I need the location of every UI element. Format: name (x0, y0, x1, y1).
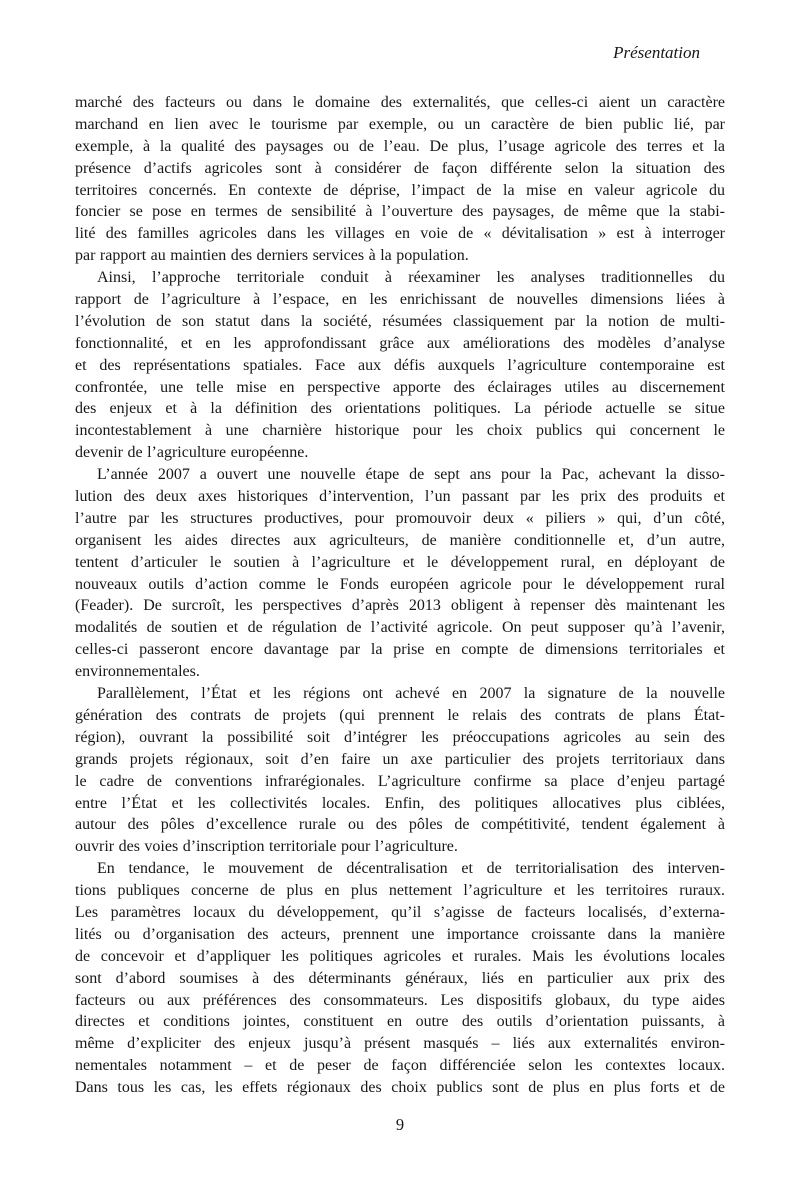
text-line: sont d’abord soumises à des déterminants… (75, 968, 725, 990)
text-line: région), ouvrant la possibilité soit d’i… (75, 727, 725, 749)
text-line: lité des familles agricoles dans les vil… (75, 223, 725, 245)
text-line: même d’expliciter des enjeux jusqu’à pré… (75, 1033, 725, 1055)
text-line: marchand en lien avec le tourisme par ex… (75, 114, 725, 136)
text-line: rapport de l’agriculture à l’espace, en … (75, 289, 725, 311)
text-line: territoires concernés. En contexte de dé… (75, 180, 725, 202)
text-line: ouvrir des voies d’inscription territori… (75, 836, 725, 858)
text-line: lités ou d’organisation des acteurs, pre… (75, 924, 725, 946)
text-line: En tendance, le mouvement de décentralis… (75, 858, 725, 880)
text-line: tentent d’articuler le soutien à l’agric… (75, 552, 725, 574)
text-line: celles-ci passeront encore davantage par… (75, 639, 725, 661)
text-line: facteurs ou aux préférences des consomma… (75, 990, 725, 1012)
text-line: l’évolution de son statut dans la sociét… (75, 311, 725, 333)
text-line: environnementales. (75, 661, 725, 683)
text-line: nouveaux outils d’action comme le Fonds … (75, 574, 725, 596)
text-line: l’autre par les structures productives, … (75, 508, 725, 530)
text-line: confrontée, une telle mise en perspectiv… (75, 377, 725, 399)
text-line: Dans tous les cas, les effets régionaux … (75, 1077, 725, 1099)
text-line: L’année 2007 a ouvert une nouvelle étape… (75, 464, 725, 486)
text-line: nementales notamment – et de peser de fa… (75, 1055, 725, 1077)
running-head: Présentation (613, 43, 700, 63)
page-text: marché des facteurs ou dans le domaine d… (75, 92, 725, 1099)
text-line: modalités de soutien et de régulation de… (75, 617, 725, 639)
text-line: lution des deux axes historiques d’inter… (75, 486, 725, 508)
text-line: devenir de l’agriculture européenne. (75, 442, 725, 464)
text-line: fonctionnalité, et en les approfondissan… (75, 333, 725, 355)
text-line: le cadre de conventions infrarégionales.… (75, 771, 725, 793)
book-page: Présentation marché des facteurs ou dans… (0, 0, 800, 1200)
text-line: de concevoir et d’appliquer les politiqu… (75, 946, 725, 968)
text-line: des enjeux et à la définition des orient… (75, 398, 725, 420)
text-line: foncier se pose en termes de sensibilité… (75, 201, 725, 223)
text-line: entre l’État et les collectivités locale… (75, 793, 725, 815)
text-line: autour des pôles d’excellence rurale ou … (75, 814, 725, 836)
text-line: incontestablement à une charnière histor… (75, 420, 725, 442)
text-line: par rapport au maintien des derniers ser… (75, 245, 725, 267)
text-line: génération des contrats de projets (qui … (75, 705, 725, 727)
page-number: 9 (75, 1114, 725, 1135)
text-line: directes et conditions jointes, constitu… (75, 1011, 725, 1033)
text-line: organisent les aides directes aux agricu… (75, 530, 725, 552)
text-line: Ainsi, l’approche territoriale conduit à… (75, 267, 725, 289)
text-line: Parallèlement, l’État et les régions ont… (75, 683, 725, 705)
text-line: grands projets régionaux, soit d’en fair… (75, 749, 725, 771)
text-line: tions publiques concerne de plus en plus… (75, 880, 725, 902)
text-line: marché des facteurs ou dans le domaine d… (75, 92, 725, 114)
text-line: présence d’actifs agricoles sont à consi… (75, 158, 725, 180)
text-line: et des représentations spatiales. Face a… (75, 355, 725, 377)
text-line: exemple, à la qualité des paysages ou de… (75, 136, 725, 158)
text-line: Les paramètres locaux du développement, … (75, 902, 725, 924)
text-line: (Feader). De surcroît, les perspectives … (75, 595, 725, 617)
